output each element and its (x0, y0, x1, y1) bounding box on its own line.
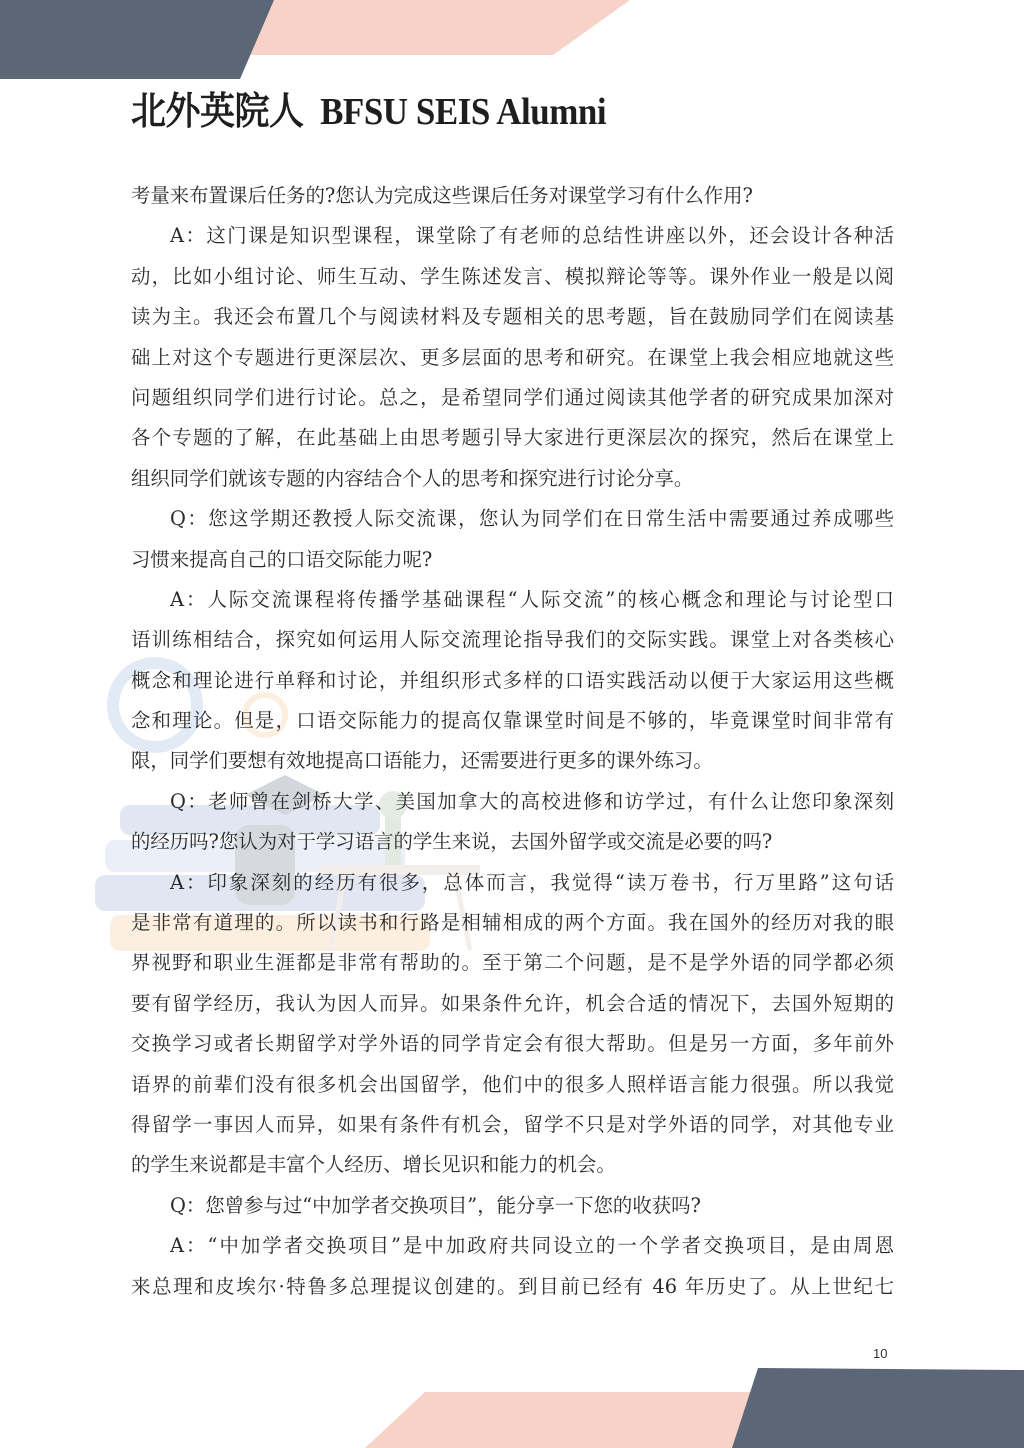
article-line: 界视野和职业生涯都是非常有帮助的。至于第二个问题，是不是学外语的同学都必须 (131, 943, 894, 983)
article-body: 考量来布置课后任务的?您认为完成这些课后任务对课堂学习有什么作用?A：这门课是知… (131, 176, 894, 1307)
article-line: 语训练相结合，探究如何运用人际交流理论指导我们的交际实践。课堂上对各类核心 (131, 620, 894, 660)
article-line: 的经历吗?您认为对于学习语言的学生来说，去国外留学或交流是必要的吗? (131, 822, 894, 862)
article-line: 念和理论。但是，口语交际能力的提高仅靠课堂时间是不够的，毕竟课堂时间非常有 (131, 701, 894, 741)
article-line: Q：您这学期还教授人际交流课，您认为同学们在日常生活中需要通过养成哪些 (131, 499, 894, 539)
article-line: 得留学一事因人而异，如果有条件有机会，留学不只是对学外语的同学，对其他专业 (131, 1105, 894, 1145)
article-line: 概念和理论进行单释和讨论，并组织形式多样的口语实践活动以便于大家运用这些概 (131, 661, 894, 701)
masthead-title: 北外英院人BFSU SEIS Alumni (131, 80, 606, 135)
header-slate-band (0, 0, 274, 79)
article-line: A：这门课是知识型课程，课堂除了有老师的总结性讲座以外，还会设计各种活 (131, 216, 894, 256)
article-line: A：“中加学者交换项目”是中加政府共同设立的一个学者交换项目，是由周恩 (131, 1226, 894, 1266)
article-line: 础上对这个专题进行更深层次、更多层面的思考和研究。在课堂上我会相应地就这些 (131, 338, 894, 378)
header-blush-band (245, 0, 630, 55)
footer-blush-band (365, 1392, 760, 1448)
article-line: 组织同学们就该专题的内容结合个人的思考和探究进行讨论分享。 (131, 459, 894, 499)
article-line: A：印象深刻的经历有很多，总体而言，我觉得“读万卷书，行万里路”这句话 (131, 863, 894, 903)
article-line: 交换学习或者长期留学对学外语的同学肯定会有很大帮助。但是另一方面，多年前外 (131, 1024, 894, 1064)
article-line: 要有留学经历，我认为因人而异。如果条件允许，机会合适的情况下，去国外短期的 (131, 984, 894, 1024)
article-line: 是非常有道理的。所以读书和行路是相辅相成的两个方面。我在国外的经历对我的眼 (131, 903, 894, 943)
page-number: 10 (873, 1346, 887, 1361)
article-line: 考量来布置课后任务的?您认为完成这些课后任务对课堂学习有什么作用? (131, 176, 894, 216)
article-line: 的学生来说都是丰富个人经历、增长见识和能力的机会。 (131, 1145, 894, 1185)
article-line: 问题组织同学们进行讨论。总之，是希望同学们通过阅读其他学者的研究成果加深对 (131, 378, 894, 418)
masthead-title-en: BFSU SEIS Alumni (320, 91, 606, 133)
article-line: 习惯来提高自己的口语交际能力呢? (131, 540, 894, 580)
masthead-title-cn: 北外英院人 (131, 91, 304, 133)
article-line: 语界的前辈们没有很多机会出国留学，他们中的很多人照样语言能力很强。所以我觉 (131, 1065, 894, 1105)
article-line: 动，比如小组讨论、师生互动、学生陈述发言、模拟辩论等等。课外作业一般是以阅 (131, 257, 894, 297)
article-line: 来总理和皮埃尔·特鲁多总理提议创建的。到目前已经有 46 年历史了。从上世纪七 (131, 1267, 894, 1307)
article-line: Q：您曾参与过“中加学者交换项目”，能分享一下您的收获吗? (131, 1186, 894, 1226)
article-line: 读为主。我还会布置几个与阅读材料及专题相关的思考题，旨在鼓励同学们在阅读基 (131, 297, 894, 337)
article-line: Q：老师曾在剑桥大学、美国加拿大的高校进修和访学过，有什么让您印象深刻 (131, 782, 894, 822)
footer-slate-band (732, 1368, 1024, 1448)
article-line: 各个专题的了解，在此基础上由思考题引导大家进行更深层次的探究，然后在课堂上 (131, 418, 894, 458)
article-line: 限，同学们要想有效地提高口语能力，还需要进行更多的课外练习。 (131, 741, 894, 781)
article-line: A：人际交流课程将传播学基础课程“人际交流”的核心概念和理论与讨论型口 (131, 580, 894, 620)
